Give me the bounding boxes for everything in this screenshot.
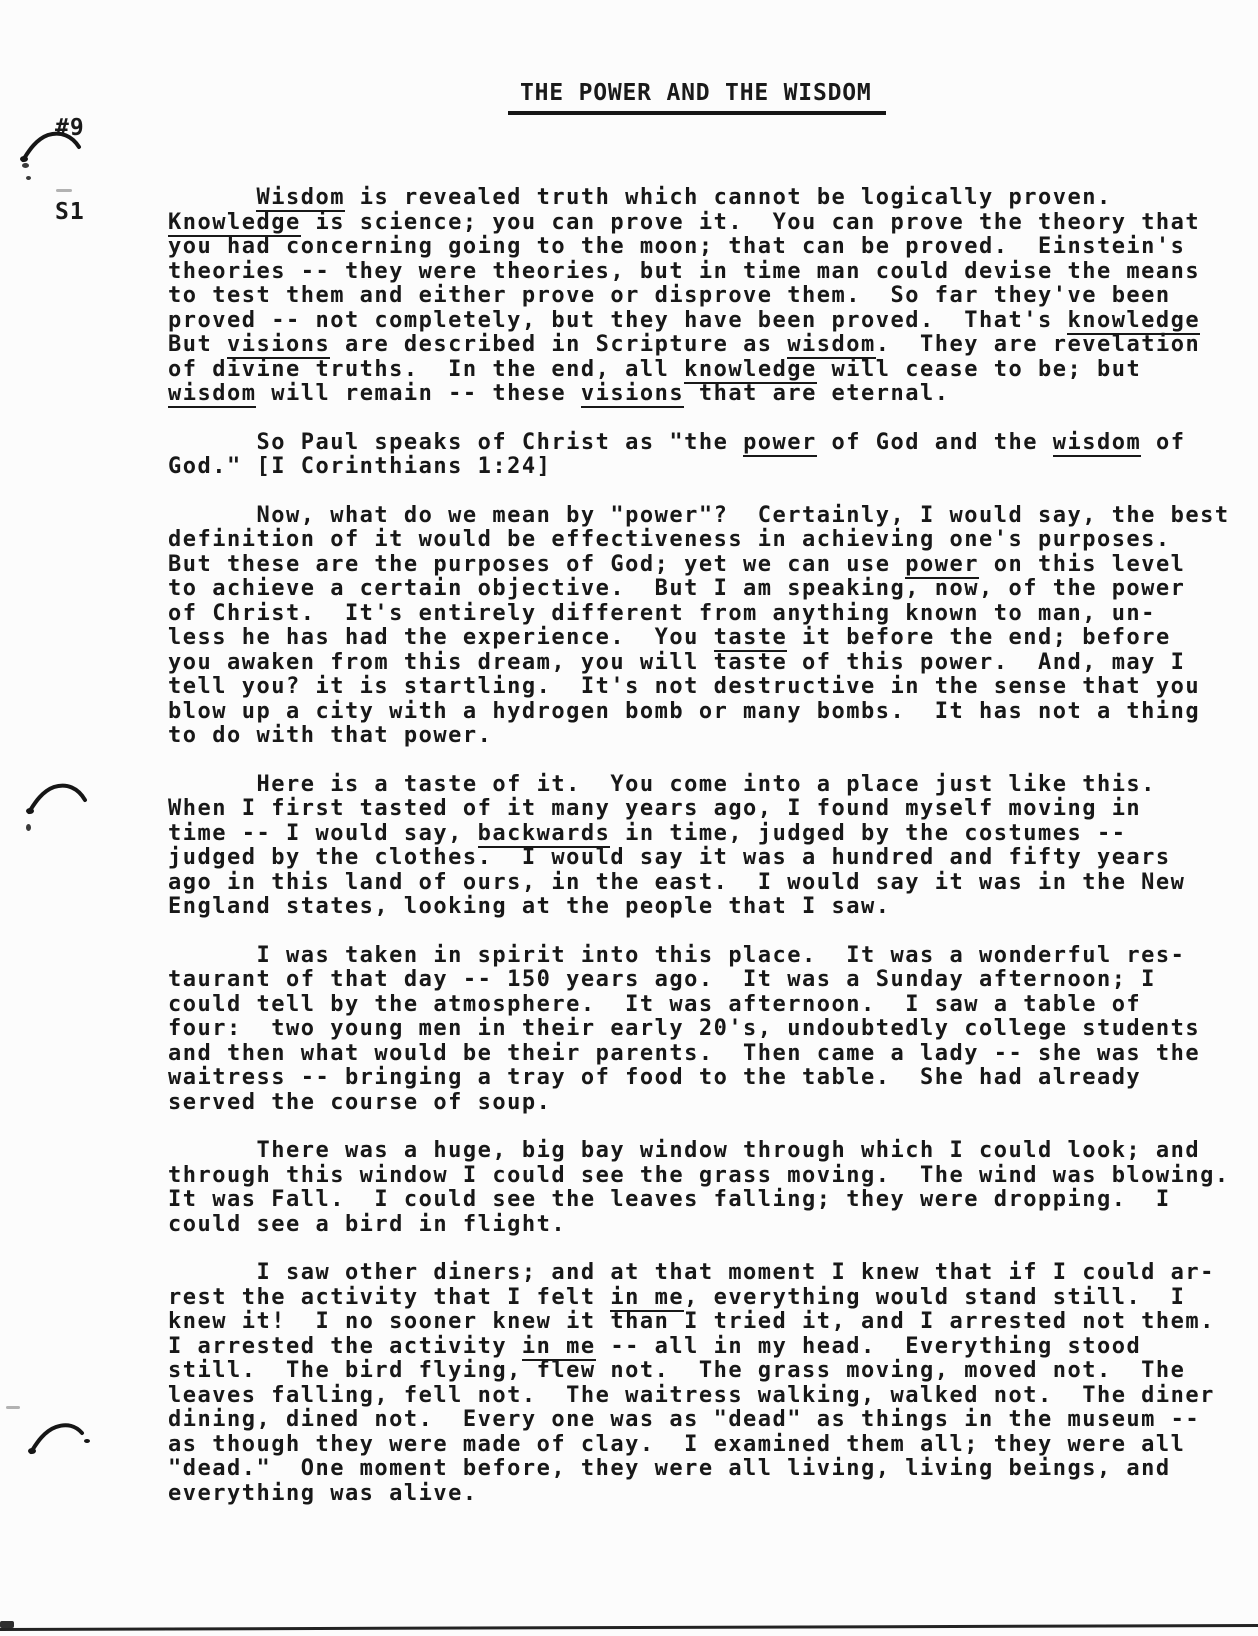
page-title: THE POWER AND THE WISDOM bbox=[508, 80, 886, 115]
underlined-word: wisdom bbox=[787, 332, 875, 359]
text-line: It was Fall. I could see the leaves fall… bbox=[168, 1188, 1258, 1213]
paragraph: There was a huge, big bay window through… bbox=[168, 1139, 1258, 1237]
text-line: theories -- they were theories, but in t… bbox=[168, 260, 1258, 285]
text-line: England states, looking at the people th… bbox=[168, 895, 1258, 920]
text-line: judged by the clothes. I would say it wa… bbox=[168, 846, 1258, 871]
underlined-word: wisdom bbox=[1053, 430, 1141, 457]
underlined-word: visions bbox=[227, 332, 330, 359]
text-line: everything was alive. bbox=[168, 1482, 1258, 1507]
text-line: proved -- not completely, but they have … bbox=[168, 309, 1258, 334]
text-line: waitress -- bringing a tray of food to t… bbox=[168, 1066, 1258, 1091]
faint-pencil-dash bbox=[56, 189, 72, 192]
text-line: served the course of soup. bbox=[168, 1091, 1258, 1116]
pen-stroke-icon bbox=[26, 1418, 92, 1458]
text-line: knew it! I no sooner knew it than I trie… bbox=[168, 1310, 1258, 1335]
scan-edge-line bbox=[0, 1624, 1258, 1631]
text-line: through this window I could see the gras… bbox=[168, 1164, 1258, 1189]
text-line: Here is a taste of it. You come into a p… bbox=[168, 773, 1258, 798]
text-line: of divine truths. In the end, all knowle… bbox=[168, 358, 1258, 383]
faint-pencil-dash bbox=[6, 1406, 20, 1409]
text-line: rest the activity that I felt in me, eve… bbox=[168, 1286, 1258, 1311]
text-line: to test them and either prove or disprov… bbox=[168, 284, 1258, 309]
corner-note: #9 S1 bbox=[55, 58, 114, 282]
underlined-word: knowledge bbox=[684, 357, 817, 384]
text-line: ago in this land of ours, in the east. I… bbox=[168, 871, 1258, 896]
text-line: taurant of that day -- 150 years ago. It… bbox=[168, 968, 1258, 993]
pen-stroke-icon bbox=[18, 127, 84, 167]
underlined-word: knowledge bbox=[1067, 308, 1200, 335]
paragraph: So Paul speaks of Christ as "the power o… bbox=[168, 431, 1258, 480]
text-line: God." [I Corinthians 1:24] bbox=[168, 455, 1258, 480]
text-line: of Christ. It's entirely different from … bbox=[168, 602, 1258, 627]
text-line: four: two young men in their early 20's,… bbox=[168, 1017, 1258, 1042]
text-line: as though they were made of clay. I exam… bbox=[168, 1433, 1258, 1458]
underlined-word: in me bbox=[610, 1285, 684, 1312]
paragraph: Here is a taste of it. You come into a p… bbox=[168, 773, 1258, 920]
text-line: time -- I would say, backwards in time, … bbox=[168, 822, 1258, 847]
text-line: Knowledge is science; you can prove it. … bbox=[168, 211, 1258, 236]
text-line: So Paul speaks of Christ as "the power o… bbox=[168, 431, 1258, 456]
text-line: could tell by the atmosphere. It was aft… bbox=[168, 993, 1258, 1018]
text-line: I arrested the activity in me -- all in … bbox=[168, 1335, 1258, 1360]
text-line: tell you? it is startling. It's not dest… bbox=[168, 675, 1258, 700]
corner-note-line2: S1 bbox=[55, 198, 114, 226]
underlined-word: taste bbox=[714, 625, 788, 652]
document-body: Wisdom is revealed truth which cannot be… bbox=[168, 186, 1258, 1530]
underlined-word: power bbox=[905, 552, 979, 579]
text-line: But these are the purposes of God; yet w… bbox=[168, 553, 1258, 578]
text-line: blow up a city with a hydrogen bomb or m… bbox=[168, 700, 1258, 725]
ink-speck bbox=[26, 824, 31, 831]
text-line: definition of it would be effectiveness … bbox=[168, 528, 1258, 553]
underlined-word: wisdom bbox=[168, 381, 256, 408]
text-line: less he has had the experience. You tast… bbox=[168, 626, 1258, 651]
paragraph: Wisdom is revealed truth which cannot be… bbox=[168, 186, 1258, 407]
text-line: you awaken from this dream, you will tas… bbox=[168, 651, 1258, 676]
text-line: wisdom will remain -- these visions that… bbox=[168, 382, 1258, 407]
text-line: I saw other diners; and at that moment I… bbox=[168, 1261, 1258, 1286]
text-line: Now, what do we mean by "power"? Certain… bbox=[168, 504, 1258, 529]
text-line: There was a huge, big bay window through… bbox=[168, 1139, 1258, 1164]
underlined-word: backwards bbox=[478, 821, 611, 848]
text-line: But visions are described in Scripture a… bbox=[168, 333, 1258, 358]
underlined-word: visions bbox=[581, 381, 684, 408]
ink-speck bbox=[26, 176, 31, 180]
text-line: to achieve a certain objective. But I am… bbox=[168, 577, 1258, 602]
ink-speck bbox=[22, 163, 29, 168]
text-line: I was taken in spirit into this place. I… bbox=[168, 944, 1258, 969]
underlined-word: Knowledge bbox=[168, 210, 301, 237]
text-line: "dead." One moment before, they were all… bbox=[168, 1457, 1258, 1482]
underlined-word: Wisdom bbox=[256, 185, 344, 212]
text-line: Wisdom is revealed truth which cannot be… bbox=[168, 186, 1258, 211]
scanned-page: #9 S1 THE POWER AND THE WISDOM Wisdom is… bbox=[0, 0, 1258, 1636]
underlined-word: power bbox=[743, 430, 817, 457]
text-line: still. The bird flying, flew not. The gr… bbox=[168, 1359, 1258, 1384]
text-line: leaves falling, fell not. The waitress w… bbox=[168, 1384, 1258, 1409]
paragraph: I was taken in spirit into this place. I… bbox=[168, 944, 1258, 1116]
text-line: to do with that power. bbox=[168, 724, 1258, 749]
scan-edge-tick bbox=[0, 1621, 14, 1628]
text-line: When I first tasted of it many years ago… bbox=[168, 797, 1258, 822]
text-line: you had concerning going to the moon; th… bbox=[168, 235, 1258, 260]
text-line: and then what would be their parents. Th… bbox=[168, 1042, 1258, 1067]
paragraph: Now, what do we mean by "power"? Certain… bbox=[168, 504, 1258, 749]
text-line: could see a bird in flight. bbox=[168, 1213, 1258, 1238]
paragraph: I saw other diners; and at that moment I… bbox=[168, 1261, 1258, 1506]
underlined-word: in me bbox=[522, 1334, 596, 1361]
text-line: dining, dined not. Every one was as "dea… bbox=[168, 1408, 1258, 1433]
pen-stroke-icon bbox=[24, 779, 90, 819]
